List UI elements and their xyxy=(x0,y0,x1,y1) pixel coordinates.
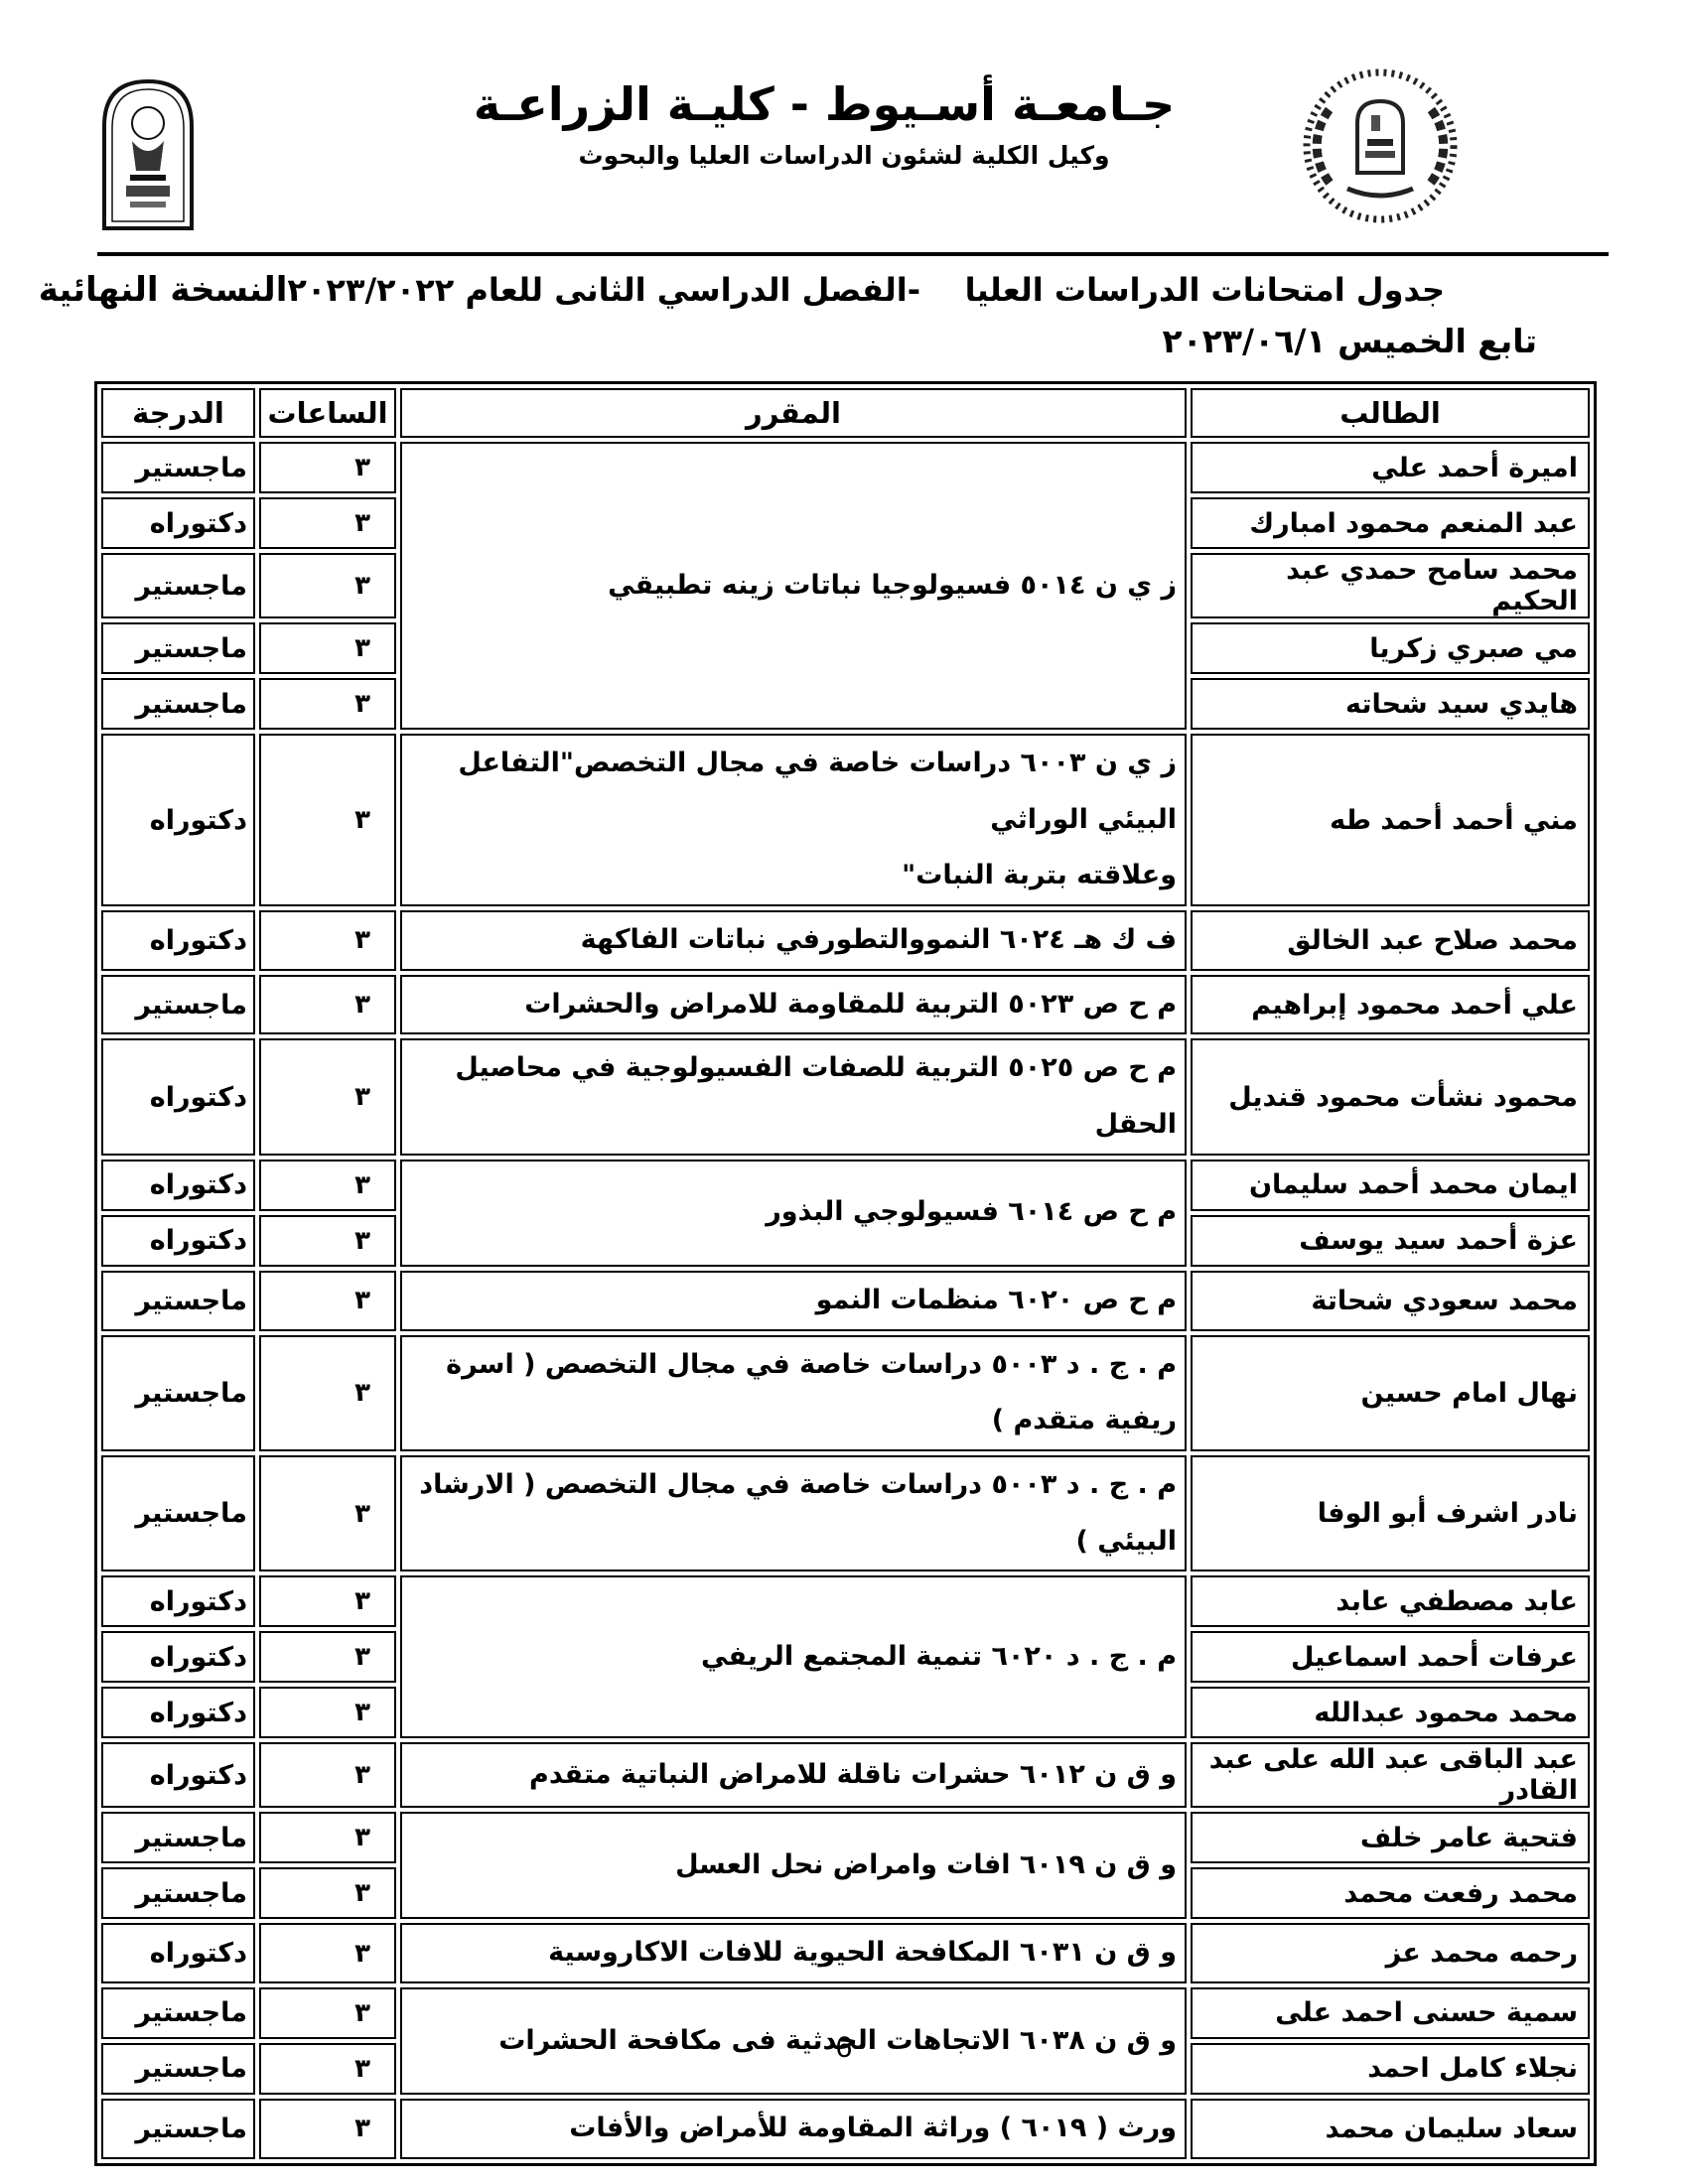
table-row: ايمان محمد أحمد سليمانم ح ص ٦٠١٤ فسيولوج… xyxy=(101,1160,1590,1211)
course-cell: ز ي ن ٦٠٠٣ دراسات خاصة في مجال التخصص"ال… xyxy=(400,734,1187,906)
student-name-cell: محمد سامح حمدي عبد الحكيم xyxy=(1191,553,1590,618)
exam-table-body: اميرة أحمد عليز ي ن ٥٠١٤ فسيولوجيا نباتا… xyxy=(101,442,1590,2159)
hours-cell: ٣ xyxy=(259,622,396,674)
hours-cell: ٣ xyxy=(259,975,396,1035)
course-cell: ز ي ن ٥٠١٤ فسيولوجيا نباتات زينه تطبيقي xyxy=(400,442,1187,730)
course-cell: م ح ص ٦٠١٤ فسيولوجي البذور xyxy=(400,1160,1187,1267)
column-header-course: المقرر xyxy=(400,388,1187,438)
course-cell: و ق ن ٦٠١٢ حشرات ناقلة للامراض النباتية … xyxy=(400,1742,1187,1808)
degree-cell: دكتوراه xyxy=(101,1923,255,1983)
student-name-cell: نهال امام حسين xyxy=(1191,1335,1590,1451)
hours-cell: ٣ xyxy=(259,1455,396,1571)
degree-cell: دكتوراه xyxy=(101,1038,255,1155)
exam-table-header: الطالب المقرر الساعات الدرجة xyxy=(101,388,1590,438)
course-cell: م ح ص ٥٠٢٥ التربية للصفات الفسيولوجية في… xyxy=(400,1038,1187,1155)
hours-cell: ٣ xyxy=(259,1742,396,1808)
table-row: نهال امام حسينم . ج . د ٥٠٠٣ دراسات خاصة… xyxy=(101,1335,1590,1451)
table-row: محمود نشأت محمود قنديلم ح ص ٥٠٢٥ التربية… xyxy=(101,1038,1590,1155)
hours-cell: ٣ xyxy=(259,553,396,618)
student-name-cell: عابد مصطفي عابد xyxy=(1191,1575,1590,1627)
student-name-cell: محمد سعودي شحاتة xyxy=(1191,1271,1590,1331)
course-cell: م . ج . د ٥٠٠٣ دراسات خاصة في مجال التخص… xyxy=(400,1335,1187,1451)
course-cell: م ح ص ٦٠٢٠ منظمات النمو xyxy=(400,1271,1187,1331)
table-row: عبد الباقى عبد الله على عبد القادرو ق ن … xyxy=(101,1742,1590,1808)
hours-cell: ٣ xyxy=(259,1160,396,1211)
department-subtitle: وكيل الكلية لشئون الدراسات العليا والبحو… xyxy=(516,141,1172,170)
degree-cell: ماجستير xyxy=(101,678,255,730)
document-page: جـامعـة أسـيوط - كليـة الزراعـة وكيل الك… xyxy=(0,0,1688,2184)
hours-cell: ٣ xyxy=(259,910,396,971)
degree-cell: ماجستير xyxy=(101,442,255,493)
course-cell: م . ج . د ٥٠٠٣ دراسات خاصة في مجال التخص… xyxy=(400,1455,1187,1571)
degree-cell: دكتوراه xyxy=(101,1631,255,1683)
student-name-cell: محمد رفعت محمد xyxy=(1191,1867,1590,1919)
hours-cell: ٣ xyxy=(259,1038,396,1155)
degree-cell: دكتوراه xyxy=(101,1160,255,1211)
course-cell: م ح ص ٥٠٢٣ التربية للمقاومة للامراض والح… xyxy=(400,975,1187,1035)
header-row: الطالب المقرر الساعات الدرجة xyxy=(101,388,1590,438)
degree-cell: ماجستير xyxy=(101,1271,255,1331)
page-number: 6 xyxy=(0,2031,1688,2065)
column-header-degree: الدرجة xyxy=(101,388,255,438)
table-row: اميرة أحمد عليز ي ن ٥٠١٤ فسيولوجيا نباتا… xyxy=(101,442,1590,493)
final-version-label: النسخة النهائية xyxy=(39,270,288,310)
student-name-cell: ايمان محمد أحمد سليمان xyxy=(1191,1160,1590,1211)
course-cell: م . ج . د ٦٠٢٠ تنمية المجتمع الريفي xyxy=(400,1575,1187,1738)
degree-cell: ماجستير xyxy=(101,1335,255,1451)
student-name-cell: عرفات أحمد اسماعيل xyxy=(1191,1631,1590,1683)
student-name-cell: عبد الباقى عبد الله على عبد القادر xyxy=(1191,1742,1590,1808)
degree-cell: ماجستير xyxy=(101,622,255,674)
student-name-cell: سعاد سليمان محمد xyxy=(1191,2099,1590,2159)
table-row: نادر اشرف أبو الوفام . ج . د ٥٠٠٣ دراسات… xyxy=(101,1455,1590,1571)
table-row: رحمه محمد عزو ق ن ٦٠٣١ المكافحة الحيوية … xyxy=(101,1923,1590,1983)
degree-cell: ماجستير xyxy=(101,553,255,618)
student-name-cell: اميرة أحمد علي xyxy=(1191,442,1590,493)
hours-cell: ٣ xyxy=(259,1335,396,1451)
degree-cell: ماجستير xyxy=(101,1867,255,1919)
university-seal-icon xyxy=(1296,62,1465,230)
table-row: فتحية عامر خلفو ق ن ٦٠١٩ افات وامراض نحل… xyxy=(101,1812,1590,1863)
table-row: محمد صلاح عبد الخالقف ك هـ ٦٠٢٤ النمووال… xyxy=(101,910,1590,971)
table-row: سعاد سليمان محمدورث ( ٦٠١٩ ) وراثة المقا… xyxy=(101,2099,1590,2159)
arched-gate-emblem-icon xyxy=(94,71,202,235)
hours-cell: ٣ xyxy=(259,1687,396,1738)
hours-cell: ٣ xyxy=(259,678,396,730)
hours-cell: ٣ xyxy=(259,734,396,906)
header-divider xyxy=(97,252,1609,256)
student-name-cell: عبد المنعم محمود امبارك xyxy=(1191,497,1590,549)
student-name-cell: محمود نشأت محمود قنديل xyxy=(1191,1038,1590,1155)
university-title: جـامعـة أسـيوط - كليـة الزراعـة xyxy=(437,77,1211,131)
degree-cell: دكتوراه xyxy=(101,497,255,549)
degree-cell: دكتوراه xyxy=(101,1215,255,1267)
degree-cell: دكتوراه xyxy=(101,734,255,906)
degree-cell: ماجستير xyxy=(101,2099,255,2159)
hours-cell: ٣ xyxy=(259,1812,396,1863)
hours-cell: ٣ xyxy=(259,1575,396,1627)
title-row: جدول امتحانات الدراسات العليا -الفصل الد… xyxy=(111,264,1445,316)
student-name-cell: مني أحمد أحمد طه xyxy=(1191,734,1590,906)
hours-cell: ٣ xyxy=(259,1867,396,1919)
hours-cell: ٣ xyxy=(259,1215,396,1267)
hours-cell: ٣ xyxy=(259,497,396,549)
student-name-cell: عزة أحمد سيد يوسف xyxy=(1191,1215,1590,1267)
degree-cell: دكتوراه xyxy=(101,1687,255,1738)
table-row: مني أحمد أحمد طهز ي ن ٦٠٠٣ دراسات خاصة ف… xyxy=(101,734,1590,906)
hours-cell: ٣ xyxy=(259,442,396,493)
course-cell: و ق ن ٦٠٣١ المكافحة الحيوية للافات الاكا… xyxy=(400,1923,1187,1983)
student-name-cell: محمد محمود عبدالله xyxy=(1191,1687,1590,1738)
column-header-hours: الساعات xyxy=(259,388,396,438)
degree-cell: دكتوراه xyxy=(101,910,255,971)
degree-cell: دكتوراه xyxy=(101,1742,255,1808)
student-name-cell: رحمه محمد عز xyxy=(1191,1923,1590,1983)
table-row: محمد سعودي شحاتةم ح ص ٦٠٢٠ منظمات النمو٣… xyxy=(101,1271,1590,1331)
course-cell: ورث ( ٦٠١٩ ) وراثة المقاومة للأمراض والأ… xyxy=(400,2099,1187,2159)
table-row: علي أحمد محمود إبراهيمم ح ص ٥٠٢٣ التربية… xyxy=(101,975,1590,1035)
course-cell: و ق ن ٦٠١٩ افات وامراض نحل العسل xyxy=(400,1812,1187,1919)
hours-cell: ٣ xyxy=(259,1923,396,1983)
table-row: عابد مصطفي عابدم . ج . د ٦٠٢٠ تنمية المج… xyxy=(101,1575,1590,1627)
hours-cell: ٣ xyxy=(259,1271,396,1331)
student-name-cell: علي أحمد محمود إبراهيم xyxy=(1191,975,1590,1035)
student-name-cell: مي صبري زكريا xyxy=(1191,622,1590,674)
degree-cell: ماجستير xyxy=(101,975,255,1035)
degree-cell: ماجستير xyxy=(101,1812,255,1863)
student-name-cell: فتحية عامر خلف xyxy=(1191,1812,1590,1863)
hours-cell: ٣ xyxy=(259,2099,396,2159)
student-name-cell: نادر اشرف أبو الوفا xyxy=(1191,1455,1590,1571)
course-cell: ف ك هـ ٦٠٢٤ النمووالتطورفي نباتات الفاكه… xyxy=(400,910,1187,971)
exam-schedule-title: جدول امتحانات الدراسات العليا -الفصل الد… xyxy=(287,271,1445,309)
column-header-student: الطالب xyxy=(1191,388,1590,438)
degree-cell: ماجستير xyxy=(101,1455,255,1571)
student-name-cell: محمد صلاح عبد الخالق xyxy=(1191,910,1590,971)
student-name-cell: هايدي سيد شحاته xyxy=(1191,678,1590,730)
degree-cell: دكتوراه xyxy=(101,1575,255,1627)
hours-cell: ٣ xyxy=(259,1631,396,1683)
exam-table: الطالب المقرر الساعات الدرجة اميرة أحمد … xyxy=(94,381,1597,2166)
date-line: تابع الخميس ٢٠٢٣/٠٦/١ xyxy=(1162,322,1537,360)
